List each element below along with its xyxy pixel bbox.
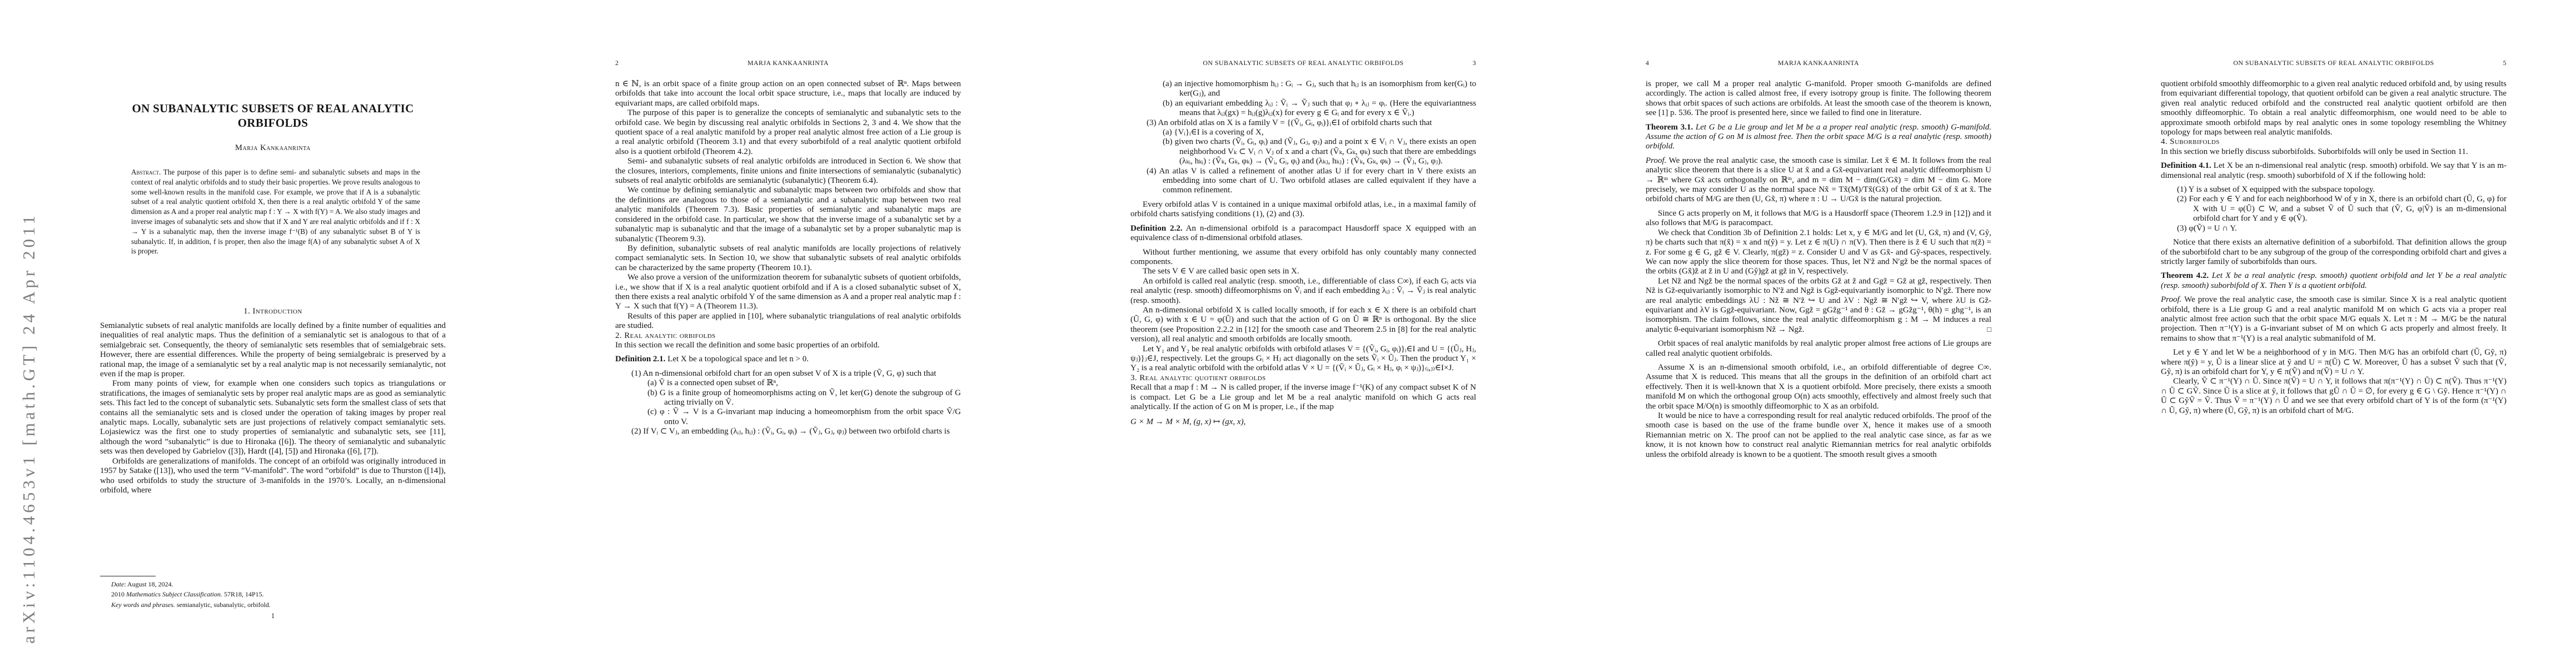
proof-3-1: Proof. We prove the real analytic case, … bbox=[1646, 156, 1991, 205]
running-head-text: MARJA KANKAANRINTA bbox=[748, 59, 829, 67]
definition-2-1: Definition 2.1. Let X be a topological s… bbox=[615, 355, 961, 364]
paper-author: Marja Kankaanrinta bbox=[100, 143, 446, 153]
paragraph: It would be nice to have a corresponding… bbox=[1646, 411, 1991, 460]
proof-text: We prove the real analytic case, the smo… bbox=[1646, 156, 1991, 204]
page-number: 5 bbox=[2503, 59, 2507, 67]
paragraph: Since G acts properly on M, it follows t… bbox=[1646, 209, 1991, 228]
proof-4-2: Proof. We prove the real analytic case, … bbox=[2161, 295, 2507, 344]
section-heading-suborbifolds: 4. Suborbifolds bbox=[2161, 137, 2507, 147]
footnote-msc-italic: Mathematics Subject Classification. bbox=[126, 590, 222, 598]
paragraph: Let Y₁ and Y₂ be real analytic orbifolds… bbox=[1130, 345, 1476, 374]
page-3: ON SUBANALYTIC SUBSETS OF REAL ANALYTIC … bbox=[1030, 0, 1546, 667]
body-column: n ∈ ℕ, is an orbit space of a finite gro… bbox=[615, 79, 961, 437]
body-column: quotient orbifold smoothly diffeomorphic… bbox=[2161, 79, 2507, 416]
paragraph: We continue by defining semianalytic and… bbox=[615, 186, 961, 243]
paragraph-text: Let Nz̃ and Ngz̃ be the normal spaces of… bbox=[1646, 277, 1991, 334]
introduction-column: Semianalytic subsets of real analytic ma… bbox=[100, 321, 446, 495]
list-item: (2) For each y ∈ Y and for each neighbor… bbox=[2161, 195, 2507, 223]
paragraph: Clearly, Ṽ ⊂ π⁻¹(Y) ∩ Ũ. Since π(Ṽ) = U … bbox=[2161, 377, 2507, 416]
paragraph: Assume X is an n-dimensional smooth orbi… bbox=[1646, 363, 1991, 411]
paragraph: The sets V ∈ V are called basic open set… bbox=[1130, 267, 1476, 276]
theorem-4-2: Theorem 4.2. Let X be a real analytic (r… bbox=[2161, 271, 2507, 291]
arxiv-watermark-text: arXiv:1104.4653v1 [math.GT] 24 Apr 2011 bbox=[19, 212, 39, 644]
abstract-text: The purpose of this paper is to define s… bbox=[131, 168, 420, 255]
document-canvas: arXiv:1104.4653v1 [math.GT] 24 Apr 2011 … bbox=[0, 0, 2576, 667]
list-item: (b) given two charts (Ṽᵢ, Gᵢ, φᵢ) and (Ṽ… bbox=[1130, 137, 1476, 166]
footnote-block: Date: August 18, 2024. 2010 Mathematics … bbox=[100, 576, 446, 610]
paragraph: We also prove a version of the uniformiz… bbox=[615, 273, 961, 312]
footnote-msc-prefix: 2010 bbox=[111, 590, 126, 598]
paper-title: ON SUBANALYTIC SUBSETS OF REAL ANALYTIC … bbox=[117, 101, 428, 130]
page-5: ON SUBANALYTIC SUBSETS OF REAL ANALYTIC … bbox=[2061, 0, 2576, 667]
list-item: (b) an equivariant embedding λᵢⱼ : Ṽᵢ → … bbox=[1130, 99, 1476, 118]
footnote-date-rest: : August 18, 2024. bbox=[124, 580, 173, 588]
paragraph: An n-dimensional orbifold X is called lo… bbox=[1130, 306, 1476, 345]
intro-paragraph-2: From many points of view, for example wh… bbox=[100, 379, 446, 456]
abstract-label: Abstract. bbox=[131, 168, 161, 176]
proof-text: We prove the real analytic case, the smo… bbox=[2161, 295, 2507, 343]
paragraph: By definition, subanalytic subsets of re… bbox=[615, 244, 961, 273]
list-item: (1) An n-dimensional orbifold chart for … bbox=[615, 369, 961, 379]
paragraph: n ∈ ℕ, is an orbit space of a finite gro… bbox=[615, 79, 961, 108]
footnote-msc: 2010 Mathematics Subject Classification.… bbox=[100, 589, 446, 599]
theorem-text: Let G be a Lie group and let M be a a pr… bbox=[1646, 123, 1991, 151]
paragraph: Without further mentioning, we assume th… bbox=[1130, 248, 1476, 267]
paragraph: Let y ∈ Y and let W be a neighborhood of… bbox=[2161, 348, 2507, 377]
list-item: (a) Ṽ is a connected open subset of ℝⁿ, bbox=[615, 379, 961, 388]
list-item: (c) φ : Ṽ → V is a G-invariant map induc… bbox=[615, 407, 961, 427]
paragraph: is proper, we call M a proper real analy… bbox=[1646, 79, 1991, 118]
paragraph: Recall that a map f : M → N is called pr… bbox=[1130, 383, 1476, 412]
footnote-msc-rest: 57R18, 14P15. bbox=[222, 590, 264, 598]
definition-4-1: Definition 4.1. Let X be an n-dimensiona… bbox=[2161, 161, 2507, 181]
list-item: (a) {Vᵢ}ᵢ∈I is a covering of X, bbox=[1130, 128, 1476, 137]
footnote-keywords-label: Key words and phrases. bbox=[111, 601, 175, 609]
theorem-label: Theorem 3.1. bbox=[1646, 123, 1693, 132]
definition-label: Definition 2.1. bbox=[615, 355, 665, 364]
section-heading-real-analytic-orbifolds: 2. Real analytic orbifolds bbox=[615, 331, 961, 341]
display-equation: G × M → M × M, (g, x) ↦ (gx, x), bbox=[1130, 417, 1476, 427]
paragraph: Semi- and subanalytic subsets of real an… bbox=[615, 157, 961, 186]
definition-label: Definition 4.1. bbox=[2161, 161, 2211, 170]
paragraph: The purpose of this paper is to generali… bbox=[615, 108, 961, 157]
paragraph: Every orbifold atlas V is contained in a… bbox=[1130, 200, 1476, 220]
theorem-text: Let X be a real analytic (resp. smooth) … bbox=[2161, 271, 2507, 290]
definition-text: Let X be an n-dimensional real analytic … bbox=[2161, 161, 2507, 180]
proof-label: Proof. bbox=[2161, 295, 2181, 304]
body-column: is proper, we call M a proper real analy… bbox=[1646, 79, 1991, 460]
list-item: (4) An atlas V is called a refinement of… bbox=[1130, 167, 1476, 196]
paragraph: In this section we recall the definition… bbox=[615, 341, 961, 350]
definition-2-2: Definition 2.2. An n-dimensional orbifol… bbox=[1130, 224, 1476, 243]
list-item: (3) φ(Ṽ) = U ∩ Y. bbox=[2161, 224, 2507, 233]
page-number: 2 bbox=[615, 59, 619, 67]
theorem-label: Theorem 4.2. bbox=[2161, 271, 2209, 280]
paragraph: Let Nz̃ and Ngz̃ be the normal spaces of… bbox=[1646, 277, 1991, 335]
section-heading-introduction-wrap: 1. Introduction bbox=[100, 307, 446, 316]
definition-text: An n-dimensional orbifold is a paracompa… bbox=[1130, 224, 1476, 242]
running-header: 4 MARJA KANKAANRINTA bbox=[1646, 59, 1991, 67]
list-item: (b) G is a finite group of homeomorphism… bbox=[615, 389, 961, 408]
running-head-text: ON SUBANALYTIC SUBSETS OF REAL ANALYTIC … bbox=[2233, 59, 2434, 67]
page-2: 2 MARJA KANKAANRINTA n ∈ ℕ, is an orbit … bbox=[515, 0, 1030, 667]
page-4: 4 MARJA KANKAANRINTA is proper, we call … bbox=[1546, 0, 2061, 667]
proof-label: Proof. bbox=[1646, 156, 1666, 165]
footnote-rule bbox=[100, 576, 156, 576]
paragraph: Orbit spaces of real analytic manifolds … bbox=[1646, 339, 1991, 359]
footnote-date-label: Date bbox=[111, 580, 124, 588]
footnote-keywords: Key words and phrases. semianalytic, sub… bbox=[100, 600, 446, 610]
arxiv-watermark: arXiv:1104.4653v1 [math.GT] 24 Apr 2011 bbox=[0, 0, 61, 667]
body-column: (a) an injective homomorphism hᵢⱼ : Gᵢ →… bbox=[1130, 79, 1476, 433]
running-header: 2 MARJA KANKAANRINTA bbox=[615, 59, 961, 67]
paragraph: Results of this paper are applied in [10… bbox=[615, 312, 961, 331]
page-1: arXiv:1104.4653v1 [math.GT] 24 Apr 2011 … bbox=[0, 0, 515, 667]
footnote-date: Date: August 18, 2024. bbox=[100, 579, 446, 589]
abstract: Abstract. The purpose of this paper is t… bbox=[131, 167, 420, 256]
running-header: ON SUBANALYTIC SUBSETS OF REAL ANALYTIC … bbox=[2161, 59, 2507, 67]
list-item: (1) Y is a subset of X equipped with the… bbox=[2161, 185, 2507, 195]
running-header: ON SUBANALYTIC SUBSETS OF REAL ANALYTIC … bbox=[1130, 59, 1476, 67]
theorem-3-1: Theorem 3.1. Let G be a Lie group and le… bbox=[1646, 123, 1991, 152]
qed-box: □ bbox=[1975, 325, 1991, 334]
running-head-text: MARJA KANKAANRINTA bbox=[1778, 59, 1859, 67]
intro-paragraph-3: Orbifolds are generalizations of manifol… bbox=[100, 457, 446, 496]
definition-text: Let X be a topological space and let n >… bbox=[665, 355, 809, 364]
footnote-keywords-rest: semianalytic, subanalytic, orbifold. bbox=[175, 601, 271, 609]
section-heading-quotient-orbifolds: 3. Real analytic quotient orbifolds bbox=[1130, 374, 1476, 383]
definition-label: Definition 2.2. bbox=[1130, 224, 1183, 233]
page-number: 3 bbox=[1473, 59, 1476, 67]
list-item: (3) An orbifold atlas on X is a family V… bbox=[1130, 118, 1476, 128]
list-item: (2) If Vᵢ ⊂ Vⱼ, an embedding (λᵢⱼ, hᵢⱼ) … bbox=[615, 427, 961, 436]
page-number: 1 bbox=[100, 612, 446, 620]
list-item: (a) an injective homomorphism hᵢⱼ : Gᵢ →… bbox=[1130, 79, 1476, 99]
intro-paragraph-1: Semianalytic subsets of real analytic ma… bbox=[100, 321, 446, 379]
section-heading-introduction: 1. Introduction bbox=[100, 307, 446, 316]
page-number: 4 bbox=[1646, 59, 1649, 67]
paragraph: In this section we briefly discuss subor… bbox=[2161, 147, 2507, 157]
paragraph: We check that Condition 3b of Definition… bbox=[1646, 228, 1991, 277]
running-head-text: ON SUBANALYTIC SUBSETS OF REAL ANALYTIC … bbox=[1203, 59, 1403, 67]
paragraph: An orbifold is called real analytic (res… bbox=[1130, 277, 1476, 306]
paragraph: Notice that there exists an alternative … bbox=[2161, 238, 2507, 267]
paragraph: quotient orbifold smoothly diffeomorphic… bbox=[2161, 79, 2507, 137]
